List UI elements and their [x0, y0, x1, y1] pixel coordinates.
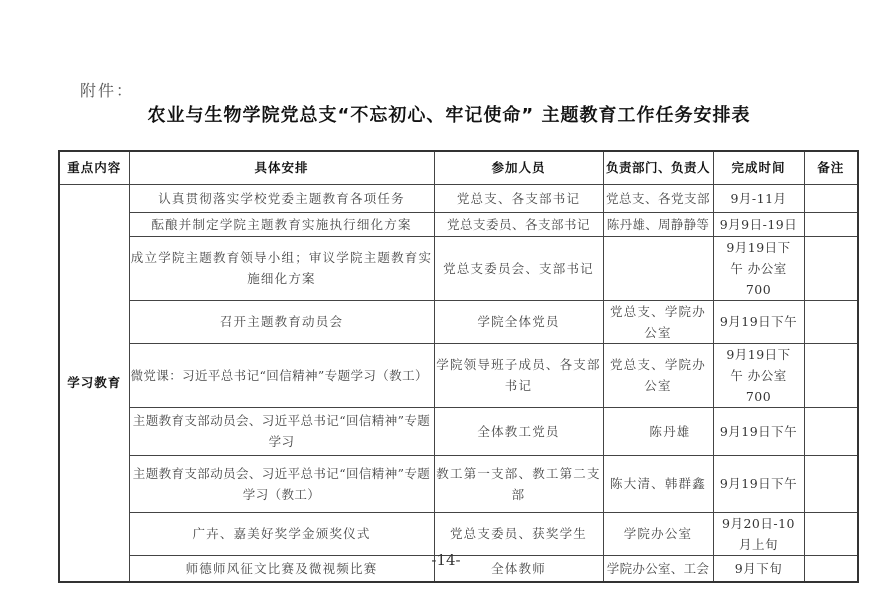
header-participants: 参加人员: [434, 151, 603, 184]
document-title-text: 农业与生物学院党总支“不忘初心、牢记使命” 主题教育工作任务安排表: [148, 105, 751, 126]
attachment-label: 附件：: [80, 78, 134, 101]
participants-cell: 全体教工党员: [434, 407, 603, 455]
table-row: 广卉、嘉美好奖学金颁奖仪式 党总支委员、获奖学生 学院办公室 9月20日-10月…: [59, 512, 858, 555]
page-number: -14-: [0, 551, 892, 569]
arrangement-cell: 酝酿并制定学院主题教育实施执行细化方案: [129, 212, 434, 236]
document-title: 农业与生物学院党总支“不忘初心、牢记使命” 主题教育工作任务安排表: [0, 101, 892, 127]
responsible-cell: 陈大清、韩群鑫: [603, 455, 713, 512]
header-remarks: 备注: [804, 151, 858, 184]
remarks-cell: [804, 512, 858, 555]
table-row: 主题教育支部动员会、习近平总书记“回信精神”专题学习（教工） 教工第一支部、教工…: [59, 455, 858, 512]
participants-cell: 教工第一支部、教工第二支部: [434, 455, 603, 512]
deadline-cell: 9月9日-19日: [713, 212, 804, 236]
deadline-cell: 9月20日-10月上旬: [713, 512, 804, 555]
remarks-cell: [804, 212, 858, 236]
arrangement-cell: 主题教育支部动员会、习近平总书记“回信精神”专题学习（教工）: [129, 455, 434, 512]
arrangement-cell: 微党课：习近平总书记“回信精神”专题学习（教工）: [129, 343, 434, 407]
deadline-cell: 9月19日下午: [713, 407, 804, 455]
header-category: 重点内容: [59, 151, 129, 184]
participants-cell: 学院领导班子成员、各支部书记: [434, 343, 603, 407]
participants-cell: 党总支委员、各支部书记: [434, 212, 603, 236]
arrangement-cell: 召开主题教育动员会: [129, 300, 434, 343]
responsible-cell: 陈丹雄: [603, 407, 713, 455]
table-row: 微党课：习近平总书记“回信精神”专题学习（教工） 学院领导班子成员、各支部书记 …: [59, 343, 858, 407]
header-responsible: 负责部门、负责人: [603, 151, 713, 184]
deadline-cell: 9月-11月: [713, 184, 804, 212]
remarks-cell: [804, 300, 858, 343]
remarks-cell: [804, 236, 858, 300]
responsible-cell: 学院办公室: [603, 512, 713, 555]
arrangement-cell: 主题教育支部动员会、习近平总书记“回信精神”专题学习: [129, 407, 434, 455]
responsible-cell: 党总支、学院办公室: [603, 343, 713, 407]
deadline-cell: 9月19日下午 办公室700: [713, 236, 804, 300]
header-arrangement: 具体安排: [129, 151, 434, 184]
arrangement-cell: 认真贯彻落实学校党委主题教育各项任务: [129, 184, 434, 212]
table-row: 召开主题教育动员会 学院全体党员 党总支、学院办公室 9月19日下午: [59, 300, 858, 343]
deadline-cell: 9月19日下午: [713, 455, 804, 512]
participants-cell: 党总支委员、获奖学生: [434, 512, 603, 555]
deadline-cell: 9月19日下午 办公室700: [713, 343, 804, 407]
table-row: 学习教育 认真贯彻落实学校党委主题教育各项任务 党总支、各支部书记 党总支、各党…: [59, 184, 858, 212]
arrangement-cell: 广卉、嘉美好奖学金颁奖仪式: [129, 512, 434, 555]
table-row: 主题教育支部动员会、习近平总书记“回信精神”专题学习 全体教工党员 陈丹雄 9月…: [59, 407, 858, 455]
remarks-cell: [804, 455, 858, 512]
participants-cell: 学院全体党员: [434, 300, 603, 343]
responsible-cell: 陈丹雄、周静静等: [603, 212, 713, 236]
table-header-row: 重点内容 具体安排 参加人员 负责部门、负责人 完成时间 备注: [59, 151, 858, 184]
responsible-cell: 党总支、学院办公室: [603, 300, 713, 343]
arrangement-cell: 成立学院主题教育领导小组；审议学院主题教育实施细化方案: [129, 236, 434, 300]
participants-cell: 党总支、各支部书记: [434, 184, 603, 212]
header-deadline: 完成时间: [713, 151, 804, 184]
remarks-cell: [804, 343, 858, 407]
responsible-cell: 党总支、各党支部: [603, 184, 713, 212]
table-row: 成立学院主题教育领导小组；审议学院主题教育实施细化方案 党总支委员会、支部书记 …: [59, 236, 858, 300]
responsible-cell: [603, 236, 713, 300]
participants-cell: 党总支委员会、支部书记: [434, 236, 603, 300]
table-row: 酝酿并制定学院主题教育实施执行细化方案 党总支委员、各支部书记 陈丹雄、周静静等…: [59, 212, 858, 236]
deadline-cell: 9月19日下午: [713, 300, 804, 343]
category-cell: 学习教育: [59, 184, 129, 582]
remarks-cell: [804, 407, 858, 455]
task-schedule-table: 重点内容 具体安排 参加人员 负责部门、负责人 完成时间 备注 学习教育 认真贯…: [58, 150, 859, 583]
remarks-cell: [804, 184, 858, 212]
